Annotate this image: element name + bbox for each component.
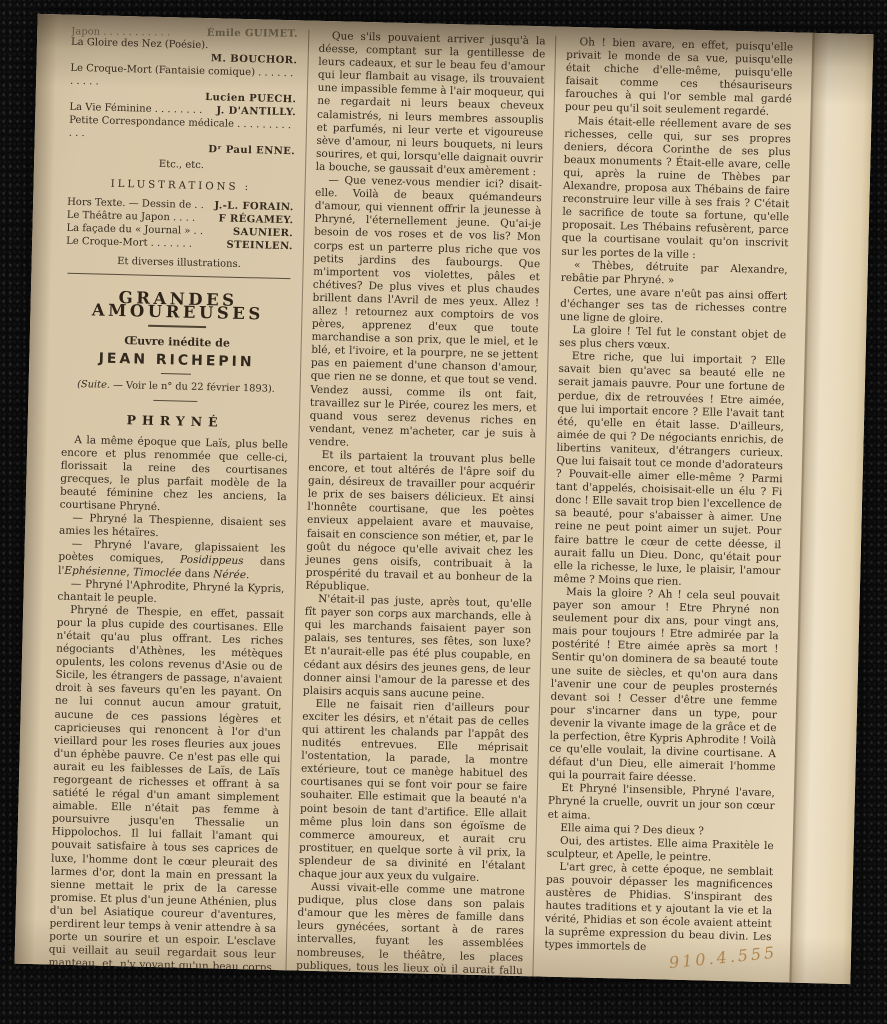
text-column-3: Oh ! bien avare, en effet, puisqu'elle p…: [533, 36, 804, 983]
paragraph: — Phryné l'avare, glapissaient les poète…: [58, 538, 286, 583]
page-columns: Japon . . . . . . . . . . . Émile GUIMET…: [15, 14, 874, 984]
credit-name: Émile GUIMET.: [201, 27, 298, 40]
paragraph: Etre riche, que lui importait ? Elle sav…: [553, 350, 785, 591]
credit-name: Dʳ Paul ENNE.: [202, 143, 295, 158]
text-column-2: Que s'ils pouvaient arriver jusqu'à la d…: [285, 30, 556, 977]
masthead-divider: [67, 273, 290, 279]
paragraph: Certes, une avare n'eût pas ainsi offert…: [560, 285, 788, 330]
paragraph: — Que venez-vous mendier ici? disait-ell…: [309, 174, 542, 454]
etc-label: Etc., etc.: [68, 156, 295, 175]
paragraph: N'était-il pas juste, après tout, qu'ell…: [303, 593, 532, 703]
column-1-text: A la même époque que Laïs, plus belle en…: [48, 433, 288, 970]
paragraph: Elle ne faisait rien d'ailleurs pour exc…: [298, 697, 529, 886]
illustrations-footer: Et diverses illustrations.: [66, 254, 293, 273]
credit-row: Japon . . . . . . . . . . . Émile GUIMET…: [71, 25, 298, 39]
article-subtitle: Œuvre inédite de: [64, 333, 291, 352]
illustration-title: Le Croque-Mort . . . . . . .: [66, 235, 192, 251]
credit-row: Le Croque-Mort (Fantaisie comique) . . .…: [70, 62, 298, 107]
section-heading: PHRYNÉ: [62, 412, 289, 431]
illustrations-heading: ILLUSTRATIONS :: [67, 177, 294, 196]
paragraph: L'art grec, à cette époque, ne semblait …: [544, 861, 773, 958]
author-rule: [161, 373, 191, 375]
paragraph: Mais la gloire ? Ah ! cela seul pouvait …: [548, 586, 779, 788]
paragraph: Et ils partaient la trouvant plus belle …: [305, 449, 535, 599]
article-title-block: GRANDES AMOUREUSES Œuvre inédite de JEAN…: [62, 290, 292, 431]
newspaper-page: Japon . . . . . . . . . . . Émile GUIMET…: [15, 14, 874, 984]
continuation-note: (Suite. — Voir le n° du 22 février 1893)…: [63, 378, 290, 397]
masthead-credits: Japon . . . . . . . . . . . Émile GUIMET…: [65, 24, 298, 279]
article-title: GRANDES AMOUREUSES: [64, 290, 291, 322]
text-column-1: Japon . . . . . . . . . . . Émile GUIMET…: [39, 24, 309, 971]
author-name: JEAN RICHEPIN: [63, 352, 290, 371]
credit-title: Le Croque-Mort (Fantaisie comique) . . .…: [70, 62, 297, 94]
paragraph: Que s'ils pouvaient arriver jusqu'à la d…: [316, 30, 546, 180]
paragraph: A la même époque que Laïs, plus belle en…: [60, 433, 289, 517]
credit-title: Petite Correspondance médicale . . . . .…: [69, 114, 296, 146]
illustration-artist: STEINLEN.: [220, 238, 293, 253]
paragraph: Mais était-elle réellement avare de ses …: [561, 114, 791, 264]
credit-row: Petite Correspondance médicale . . . . .…: [68, 114, 296, 159]
paragraph: Aussi vivait-elle comme une matrone pudi…: [296, 881, 525, 977]
paragraph: Phryné de Thespie, en effet, passait pou…: [48, 603, 284, 970]
paragraph: Et Phryné l'insensible, Phryné l'avare, …: [548, 782, 776, 827]
credit-title: Japon . . . . . . . . . . .: [71, 25, 170, 39]
note-rule: [154, 400, 198, 402]
illustration-artist: F RÉGAMEY.: [212, 212, 293, 227]
title-rule: [148, 325, 206, 328]
paragraph: Oh ! bien avare, en effet, puisqu'elle p…: [565, 36, 794, 120]
